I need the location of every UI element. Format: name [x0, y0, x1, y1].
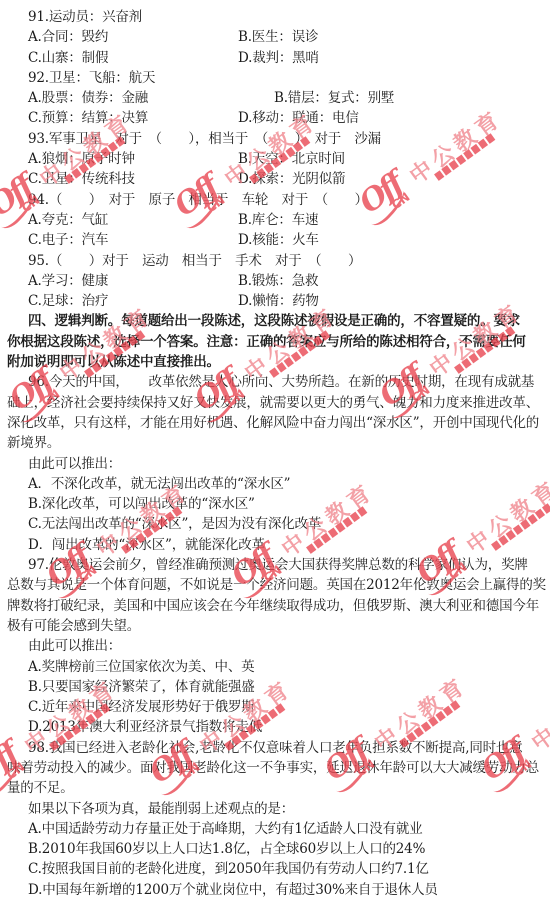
question-98-option-b: B.2010年我国60岁以上人口达1.8亿，占全球60岁以上人口的24% [7, 839, 547, 859]
question-97-lead: 由此可以推出： [7, 636, 547, 656]
question-98-lead: 如果以下各项为真，最能削弱上述观点的是： [7, 799, 547, 819]
question-94-option-b: B.库仑：车速 [238, 210, 318, 230]
question-97-body-line-2: 总数与其说是一个体育问题，不如说是一个经济问题。英国在2012年伦敦奥运会上赢得… [7, 575, 547, 595]
question-98-option-a: A.中国适龄劳动力存量正处于高峰期，大约有1亿适龄人口没有就业 [7, 819, 547, 839]
question-93-option-c: C.卫星：传统科技 [28, 169, 238, 189]
question-92-options-cd: C.预算：结算：决算 D.移动：联通：电信 [7, 108, 547, 128]
question-92-option-b: B.错层：复式：别墅 [238, 88, 394, 108]
question-96-option-a: A．不深化改革，就无法闯出改革的“深水区” [7, 474, 547, 494]
question-91-option-b: B.医生：误诊 [238, 27, 318, 47]
section-4-heading-line-1: 四、逻辑判断。每道题给出一段陈述，这段陈述被假设是正确的，不容置疑的。要求 [7, 311, 547, 331]
question-97-option-a: A.奖牌榜前三位国家依次为美、中、英 [7, 657, 547, 677]
exam-page: 91.运动员：兴奋剂 A.合同：毁约 B.医生：误诊 C.山寨：制假 D.裁判：… [0, 0, 550, 908]
question-95-option-d: D.懒惰：药物 [238, 291, 319, 311]
question-92-options-ab: A.股票：债券：金融 B.错层：复式：别墅 [7, 88, 547, 108]
question-94-option-d: D.核能：火车 [238, 230, 319, 250]
question-97-option-d: D.2013年澳大利亚经济景气指数将走低 [7, 717, 547, 737]
exam-text-block: 91.运动员：兴奋剂 A.合同：毁约 B.医生：误诊 C.山寨：制假 D.裁判：… [7, 7, 547, 900]
question-96-lead: 由此可以推出： [7, 454, 547, 474]
question-95-options-ab: A.学习：健康 B.锻炼：急救 [7, 271, 547, 291]
question-98-option-d: D.中国每年新增的1200万个就业岗位中，有超过30%来自于退休人员 [7, 880, 547, 900]
question-94-options-cd: C.电子：汽车 D.核能：火车 [7, 230, 547, 250]
question-95-options-cd: C.足球：治疗 D.懒惰：药物 [7, 291, 547, 311]
section-4-heading-line-2: 你根据这段陈述，选择一个答案。注意：正确的答案应与所给的陈述相符合，不需要任何 [7, 332, 547, 352]
question-95-option-a: A.学习：健康 [28, 271, 238, 291]
question-92-stem: 92.卫星：飞船：航天 [7, 68, 547, 88]
question-96-body-line-3: 深化改革，只有这样，才能在用好机遇、化解风险中奋力闯出“深水区”，开创中国现代化… [7, 413, 547, 433]
question-93-options-ab: A.狼烟：原子时钟 B.天空：北京时间 [7, 149, 547, 169]
question-97-option-c: C.近年来中国经济发展形势好于俄罗斯 [7, 697, 547, 717]
question-91-option-a: A.合同：毁约 [28, 27, 238, 47]
question-96-body-line-2: 础上，经济社会要持续保持又好又快发展，就需要以更大的勇气、魄力和力度来推进改革、 [7, 393, 547, 413]
question-95-option-c: C.足球：治疗 [28, 291, 238, 311]
question-93-stem: 93.军事卫星 对于 （ ），相当于 （ ） 对于 沙漏 [7, 129, 547, 149]
question-93-options-cd: C.卫星：传统科技 D.探索：光阴似箭 [7, 169, 547, 189]
question-96-option-b: B.深化改革，可以闯出改革的“深水区” [7, 494, 547, 514]
question-96-body-line-4: 新境界。 [7, 433, 547, 453]
question-92-option-a: A.股票：债券：金融 [28, 88, 238, 108]
question-98-body-line-3: 量的不足。 [7, 778, 547, 798]
question-94-option-a: A.夸克：气缸 [28, 210, 238, 230]
question-94-option-c: C.电子：汽车 [28, 230, 238, 250]
question-96-option-d: D．闯出改革的“深水区”，就能深化改革 [7, 535, 547, 555]
question-96-option-c: C.无法闯出改革的“深水区”，是因为没有深化改革 [7, 514, 547, 534]
question-98-body-line-2: 味着劳动投入的减少。面对我国老龄化这一不争事实，延迟退休年龄可以大大减缓劳动力总 [7, 758, 547, 778]
question-91-options-cd: C.山寨：制假 D.裁判：黑哨 [7, 48, 547, 68]
question-98-option-c: C.按照我国目前的老龄化进度，到2050年我国仍有劳动人口约7.1亿 [7, 859, 547, 879]
question-93-option-a: A.狼烟：原子时钟 [28, 149, 238, 169]
question-96-body-line-1: 96.今天的中国， 改革依然是人心所向、大势所趋。在新的历史时期，在现有成就基 [7, 372, 547, 392]
question-95-option-b: B.锻炼：急救 [238, 271, 318, 291]
question-94-stem: 94.（ ） 对于 原子 相当于 车轮 对于 （ ） [7, 190, 547, 210]
question-97-body-line-1: 97.伦敦奥运会前夕，曾经准确预测过奥运会大国获得奖牌总数的科学家们认为，奖牌 [7, 555, 547, 575]
question-95-stem: 95.（ ）对于 运动 相当于 手术 对于 （ ） [7, 251, 547, 271]
section-4-heading-line-3: 附加说明即可以从陈述中直接推出。 [7, 352, 547, 372]
question-97-option-b: B.只要国家经济繁荣了，体育就能强盛 [7, 677, 547, 697]
question-97-body-line-4: 极有可能会感到失望。 [7, 616, 547, 636]
question-97-body-line-3: 牌数将打破纪录，美国和中国应该会在今年继续取得成功，但俄罗斯、澳大利亚和德国今年 [7, 596, 547, 616]
question-92-option-c: C.预算：结算：决算 [28, 108, 238, 128]
question-93-option-d: D.探索：光阴似箭 [238, 169, 345, 189]
question-91-option-c: C.山寨：制假 [28, 48, 238, 68]
question-98-body-line-1: 98.我国已经进入老龄化社会,老龄化不仅意味着人口老年负担系数不断提高,同时也意 [7, 738, 547, 758]
question-91-option-d: D.裁判：黑哨 [238, 48, 319, 68]
question-91-options-ab: A.合同：毁约 B.医生：误诊 [7, 27, 547, 47]
question-91-stem: 91.运动员：兴奋剂 [7, 7, 547, 27]
question-94-options-ab: A.夸克：气缸 B.库仑：车速 [7, 210, 547, 230]
question-92-option-d: D.移动：联通：电信 [238, 108, 359, 128]
question-93-option-b: B.天空：北京时间 [238, 149, 345, 169]
